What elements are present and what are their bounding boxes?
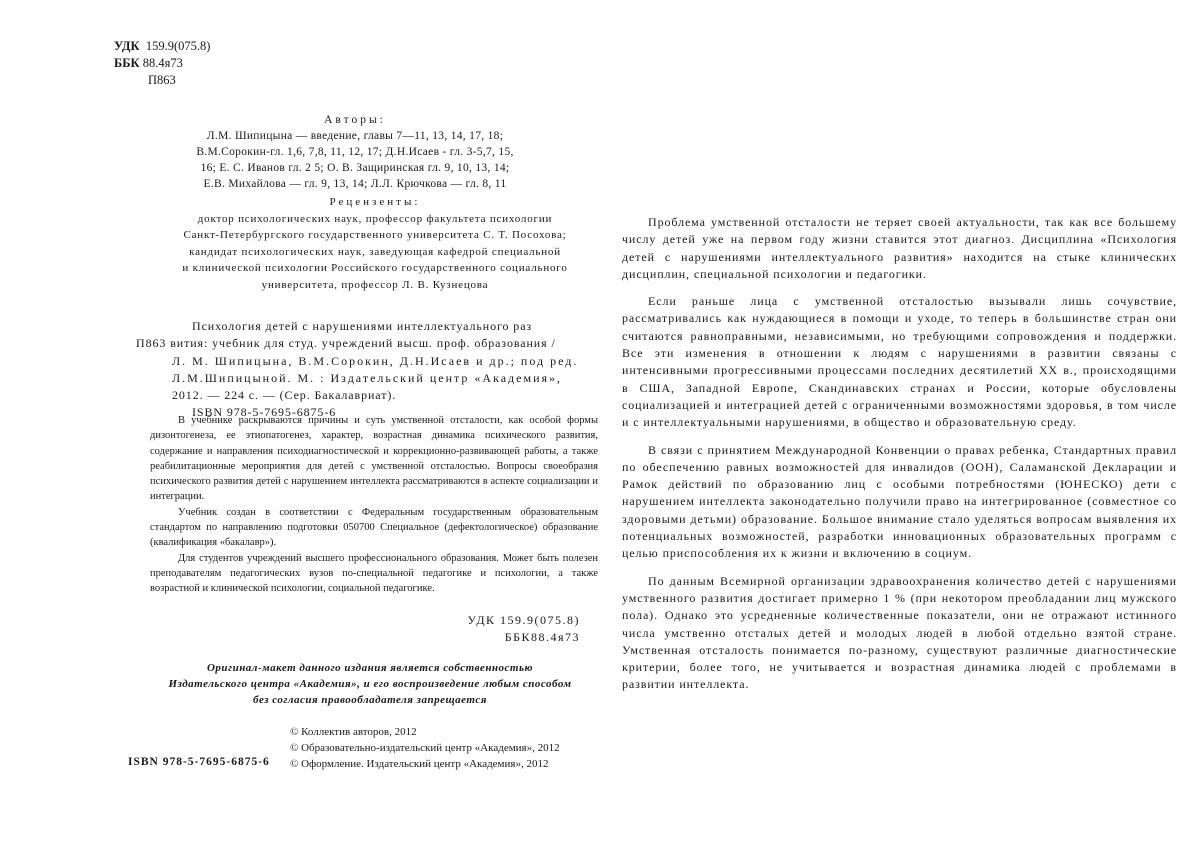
copyright-line: © Образовательно-издательский центр «Ака…: [290, 740, 560, 756]
authors-line: Е.В. Михайлова — гл. 9, 13, 14; Л.Л. Крю…: [150, 176, 560, 192]
rights-line: Оригинал-макет данного издания является …: [150, 660, 590, 676]
reviewers-line: и клинической психологии Российского гос…: [150, 260, 600, 277]
copyright-line: © Оформление. Издательский центр «Академ…: [290, 756, 560, 772]
biblio-line: Л.М.Шипицыной. М. : Издательский центр «…: [136, 370, 581, 387]
reviewers-line: доктор психологических наук, профессор ф…: [150, 211, 600, 228]
rights-notice: Оригинал-макет данного издания является …: [150, 660, 590, 708]
preface-paragraph: По данным Всемирной организации здравоох…: [622, 573, 1177, 694]
biblio-line: Психология детей с нарушениями интеллект…: [136, 318, 581, 335]
biblio-line: Л. М. Шипицына, В.М.Сорокин, Д.Н.Исаев и…: [136, 353, 581, 370]
reviewers-line: Санкт-Петербургского государственного ун…: [150, 227, 600, 244]
annotation-paragraph: Для студентов учреждений высшего професс…: [150, 551, 598, 597]
annotation-paragraph: В учебнике раскрываются причины и суть у…: [150, 413, 598, 505]
biblio-line: 2012. — 224 с. — (Сер. Бакалавриат).: [136, 387, 581, 404]
authors-line: Л.М. Шипицына — введение, главы 7—11, 13…: [150, 128, 560, 144]
rights-line: Издательского центра «Академия», и его в…: [150, 676, 590, 692]
annotation: В учебнике раскрываются причины и суть у…: [150, 413, 598, 597]
preface-body: Проблема умственной отсталости не теряет…: [622, 214, 1177, 704]
reviewers-block: Рецензенты: доктор психологических наук,…: [150, 194, 600, 293]
preface-paragraph: В связи с принятием Международной Конвен…: [622, 442, 1177, 563]
bbk-line: ББК 88.4я73: [114, 55, 210, 72]
annotation-paragraph: Учебник создан в соответствии с Федераль…: [150, 505, 598, 551]
preface-paragraph: Если раньше лица с умственной отсталость…: [622, 293, 1177, 431]
reviewers-heading: Рецензенты:: [150, 194, 600, 211]
isbn: ISBN 978-5-7695-6875-6: [128, 756, 270, 768]
udk-bottom: УДК 159.9(075.8): [468, 612, 580, 629]
classification-codes-bottom: УДК 159.9(075.8) ББК88.4я73: [468, 612, 580, 646]
copyright-block: © Коллектив авторов, 2012 © Образователь…: [290, 724, 560, 772]
left-page: УДК 159.9(075.8) ББК 88.4я73 П863 Авторы…: [0, 0, 600, 849]
bbk-bottom: ББК88.4я73: [468, 629, 580, 646]
preface-paragraph: Проблема умственной отсталости не теряет…: [622, 214, 1177, 283]
bibliographic-record: Психология детей с нарушениями интеллект…: [136, 318, 581, 422]
rights-line: без согласия правообладателя запрещается: [150, 692, 590, 708]
biblio-mark: П863: [136, 336, 166, 350]
copyright-line: © Коллектив авторов, 2012: [290, 724, 560, 740]
biblio-line: П863 вития: учебник для студ. учреждений…: [136, 335, 581, 352]
authors-line: В.М.Сорокин-гл. 1,6, 7,8, 11, 12, 17; Д.…: [150, 144, 560, 160]
reviewers-line: кандидат психологических наук, заведующа…: [150, 244, 600, 261]
classification-codes: УДК 159.9(075.8) ББК 88.4я73 П863: [114, 38, 210, 89]
author-mark: П863: [114, 72, 210, 89]
reviewers-line: университета, профессор Л. В. Кузнецова: [150, 277, 600, 294]
authors-heading: Авторы:: [150, 112, 560, 128]
udk-line: УДК 159.9(075.8): [114, 38, 210, 55]
authors-line: 16; Е. С. Иванов гл. 2 5; О. В. Защиринс…: [150, 160, 560, 176]
authors-block: Авторы: Л.М. Шипицына — введение, главы …: [150, 112, 560, 192]
